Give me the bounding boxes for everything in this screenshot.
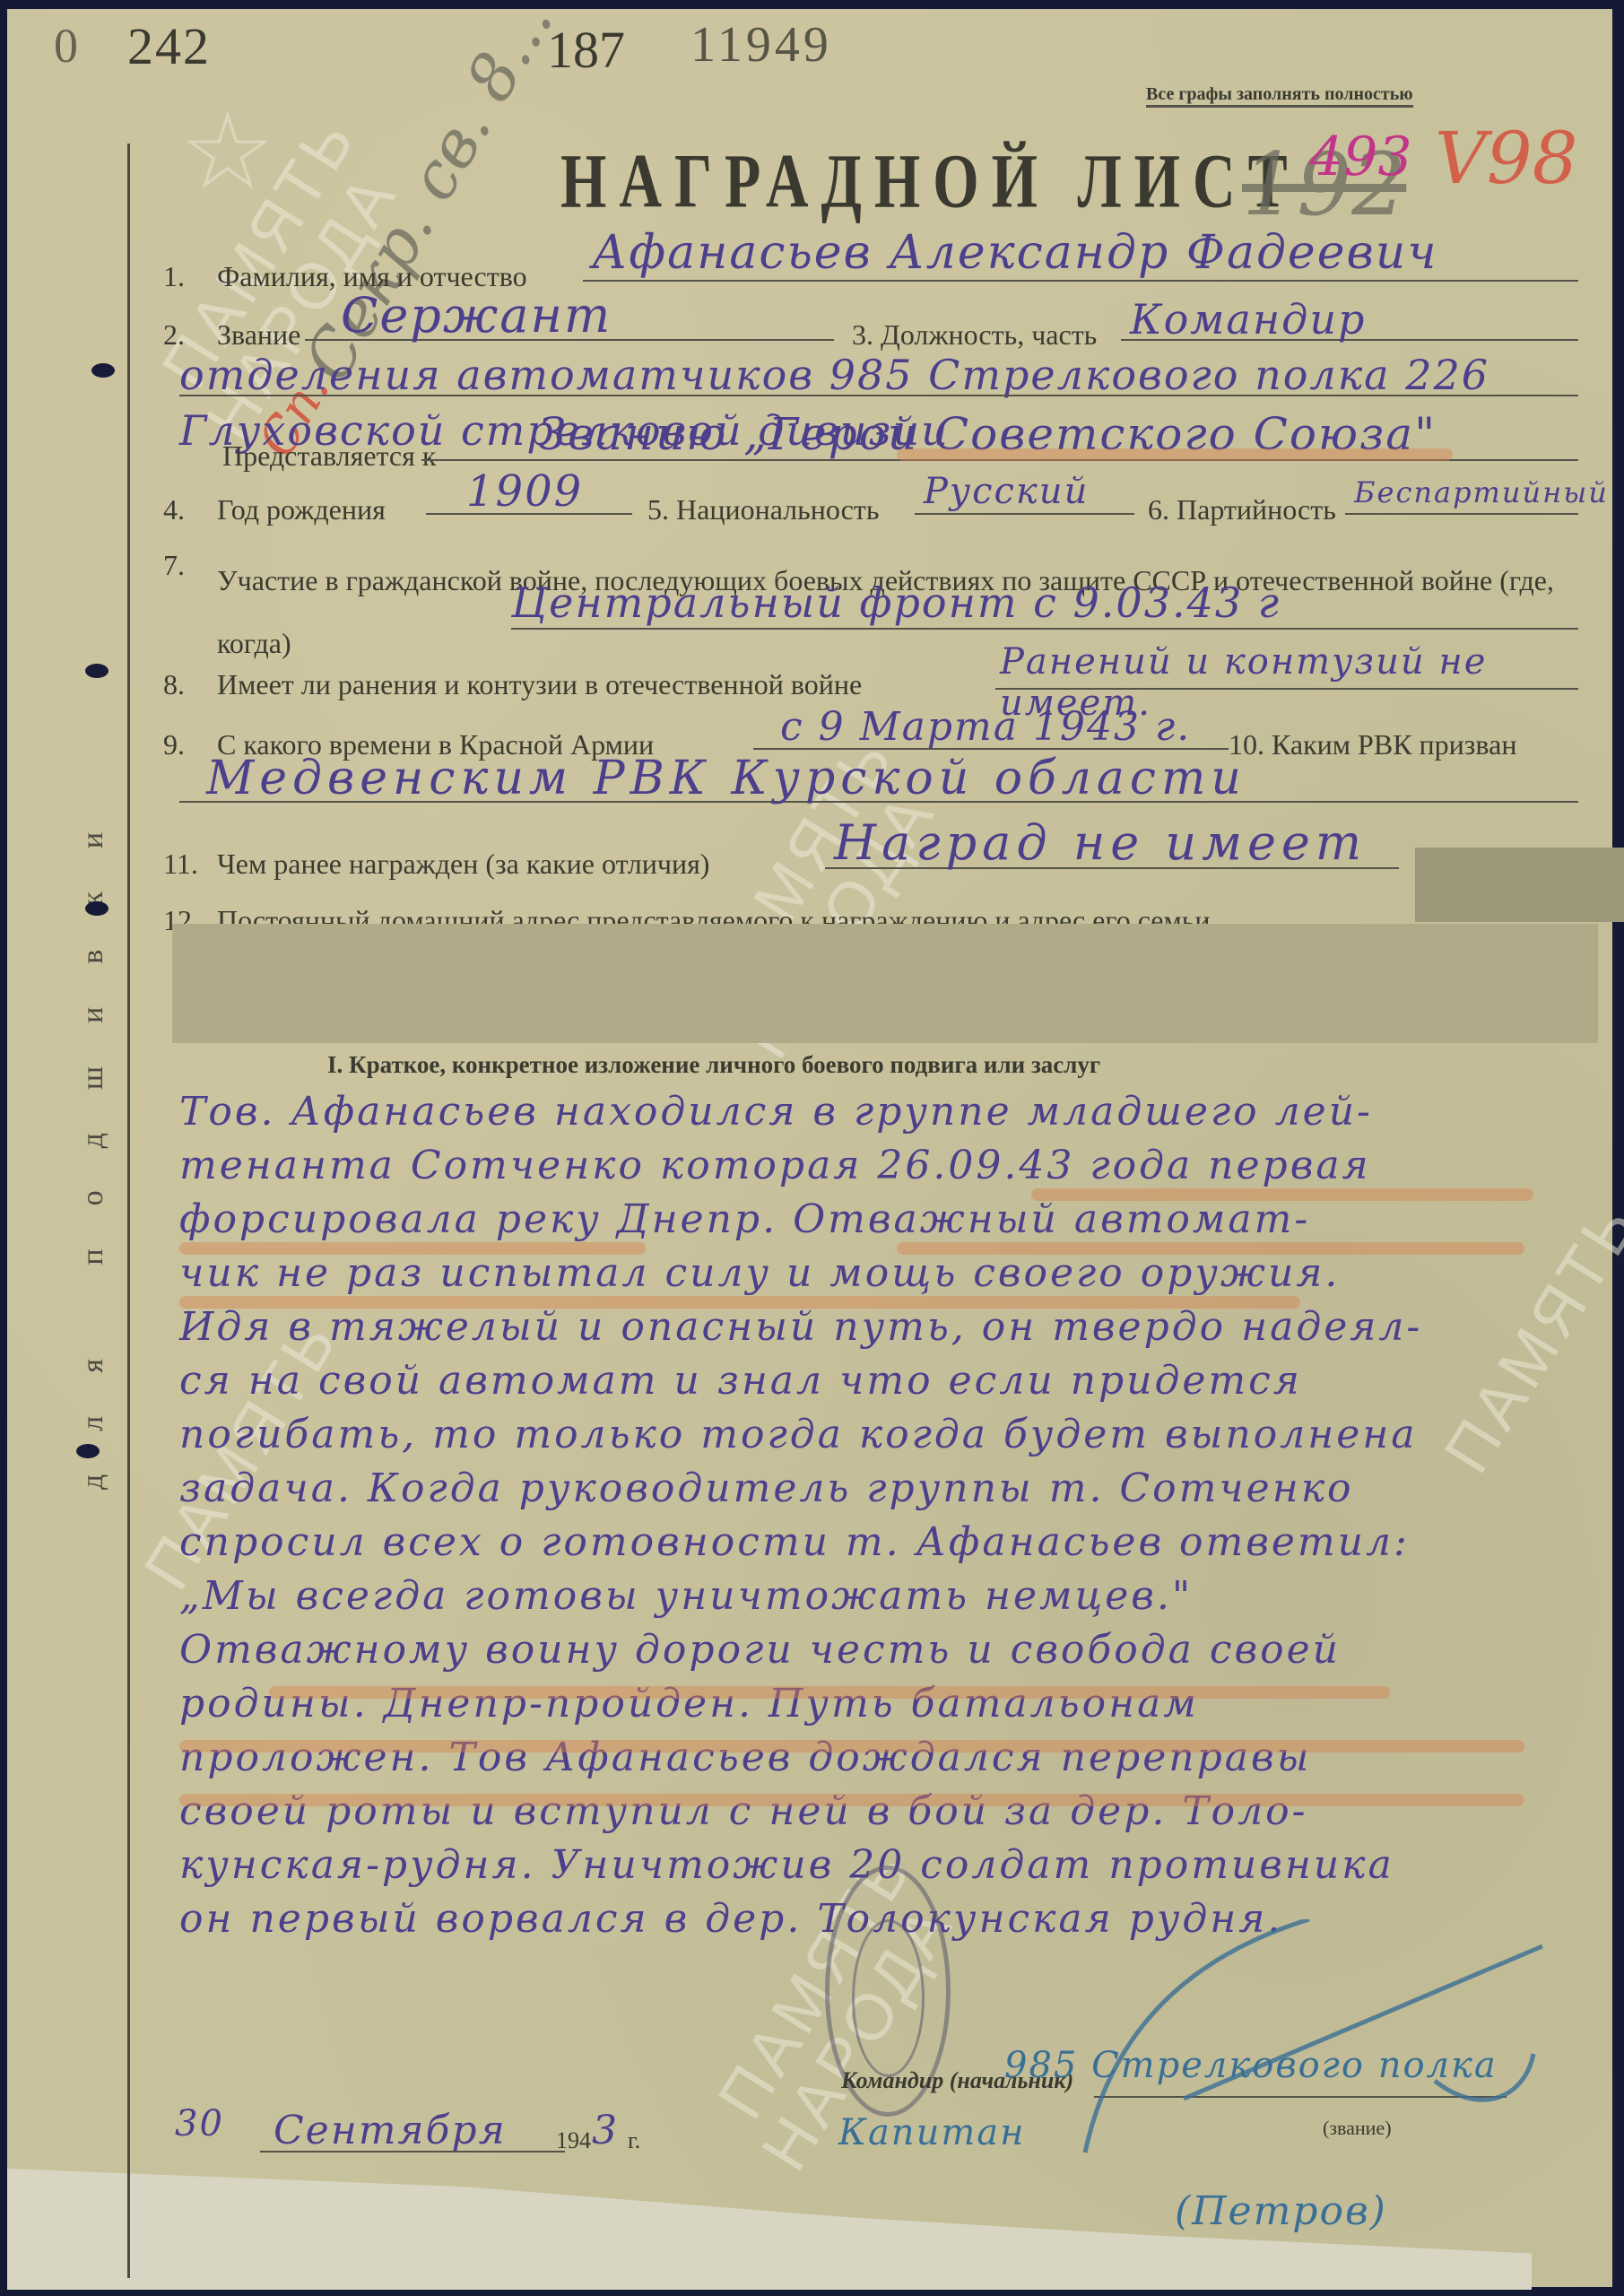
field-underline (583, 280, 1578, 282)
punch-hole (91, 363, 115, 378)
orange-underline (179, 1740, 1524, 1752)
orange-underline (179, 1242, 646, 1255)
narrative-line: тенанта Сотченко которая 26.09.43 года п… (179, 1139, 1578, 1193)
field-4-num: 4. (163, 493, 185, 526)
field-9-value: с 9 Марта 1943 г. (780, 704, 1191, 750)
redaction-block (1415, 848, 1624, 922)
field-5-value: Русский (924, 471, 1089, 512)
orange-underline (179, 1296, 1300, 1309)
orange-underline (897, 448, 1453, 461)
field-11-num: 11. (163, 848, 198, 881)
narrative-line: „Мы всегда готовы уничтожать немцев." (179, 1570, 1578, 1623)
field-6-value: Беспартийный (1354, 475, 1609, 509)
narrative-line: своей роты и вступил с ней в бой за дер.… (179, 1785, 1578, 1839)
signatory-name: (Петров) (1175, 2188, 1387, 2234)
narrative-line: спросил всех о готовности т. Афанасьев о… (179, 1516, 1578, 1570)
field-11-label: Чем ранее награжден (за какие отличия) (217, 848, 709, 881)
date-month: Сентября (274, 2108, 507, 2153)
punch-hole (85, 901, 109, 916)
date-year-prefix: 194 (556, 2127, 591, 2154)
redaction-block-address (172, 924, 1598, 1043)
field-8-num: 8. (163, 668, 185, 701)
signature-scribble-icon (1058, 1919, 1560, 2188)
date-g: г. (628, 2127, 640, 2154)
field-10-label: 10. Каким РВК призван (1229, 728, 1516, 761)
field-1-num: 1. (163, 260, 185, 293)
instruction-text: Все графы заполнять полностью (1146, 84, 1413, 108)
field-6-label-text: Партийность (1177, 493, 1336, 526)
star-watermark-icon: ☆ (179, 90, 276, 214)
date-underline (260, 2151, 565, 2152)
field-6-label: 6. Партийность (1148, 493, 1336, 526)
field-4-value: 1909 (466, 466, 583, 517)
field-9-num: 9. (163, 728, 185, 761)
rank-value: Капитан (838, 2112, 1025, 2153)
archive-number-prefix: 0 (54, 18, 82, 74)
narrative-line: Идя в тяжелый и опасный путь, он твердо … (179, 1300, 1578, 1354)
official-stamp-inner (852, 1919, 925, 2077)
magenta-number: 493 (1309, 126, 1412, 188)
narrative-line: чик не раз испытал силу и мощь своего ор… (179, 1247, 1578, 1300)
narrative-line: родины. Днепр-пройден. Путь батальонам (179, 1677, 1578, 1731)
orange-underline (269, 1686, 1390, 1699)
date-day: 30 (175, 2103, 224, 2144)
punch-hole (85, 664, 109, 678)
orange-underline (897, 1242, 1524, 1255)
page-title: НАГРАДНОЙ ЛИСТ (560, 138, 1300, 227)
narrative-line: форсировала реку Днепр. Отважный автомат… (179, 1193, 1578, 1247)
narrative-line: задача. Когда руководитель группы т. Сот… (179, 1462, 1578, 1516)
field-11-value: Наград не имеет (834, 814, 1367, 871)
field-4-label: Год рождения (217, 493, 386, 526)
field-10-value: Медвенским РВК Курской области (206, 752, 1246, 805)
field-underline (179, 395, 1578, 396)
field-5-label: 5. Национальность (647, 493, 879, 526)
binding-label: для подшивки (76, 574, 112, 1704)
narrative-line: Отважному воину дороги честь и свобода с… (179, 1623, 1578, 1677)
field-underline (915, 513, 1134, 515)
narrative-line: Тов. Афанасьев находился в группе младше… (179, 1085, 1578, 1139)
field-10-label-text: Каким РВК призван (1272, 728, 1516, 761)
field-8-label: Имеет ли ранения и контузии в отечествен… (217, 668, 862, 701)
field-underline (511, 628, 1578, 630)
date-year-suffix: 3 (592, 2108, 619, 2153)
narrative-line: ся на свой автомат и знал что если приде… (179, 1354, 1578, 1408)
nomination-label: Представляется к (222, 439, 436, 473)
field-1-value: Афанасьев Александр Фадеевич (592, 226, 1438, 280)
orange-underline (1031, 1188, 1533, 1201)
binding-margin-line (127, 143, 130, 2278)
stamped-number: 11949 (690, 16, 832, 74)
narrative-line: погибать, то только тогда когда будет вы… (179, 1408, 1578, 1462)
archive-number: 242 (127, 16, 211, 76)
red-mark: V98 (1435, 117, 1578, 200)
orange-underline (179, 1794, 1524, 1806)
field-7-value: Центральный фронт с 9.03.43 г (511, 578, 1281, 627)
narrative-line: проложен. Тов Афанасьев дождался перепра… (179, 1731, 1578, 1785)
field-5-label-text: Национальность (676, 493, 879, 526)
section-heading: I. Краткое, конкретное изложение личного… (327, 1051, 1100, 1079)
section-body: Тов. Афанасьев находился в группе младше… (179, 1085, 1578, 1946)
field-underline (1345, 513, 1578, 515)
punch-hole (76, 1444, 100, 1458)
field-7-num: 7. (163, 549, 185, 582)
